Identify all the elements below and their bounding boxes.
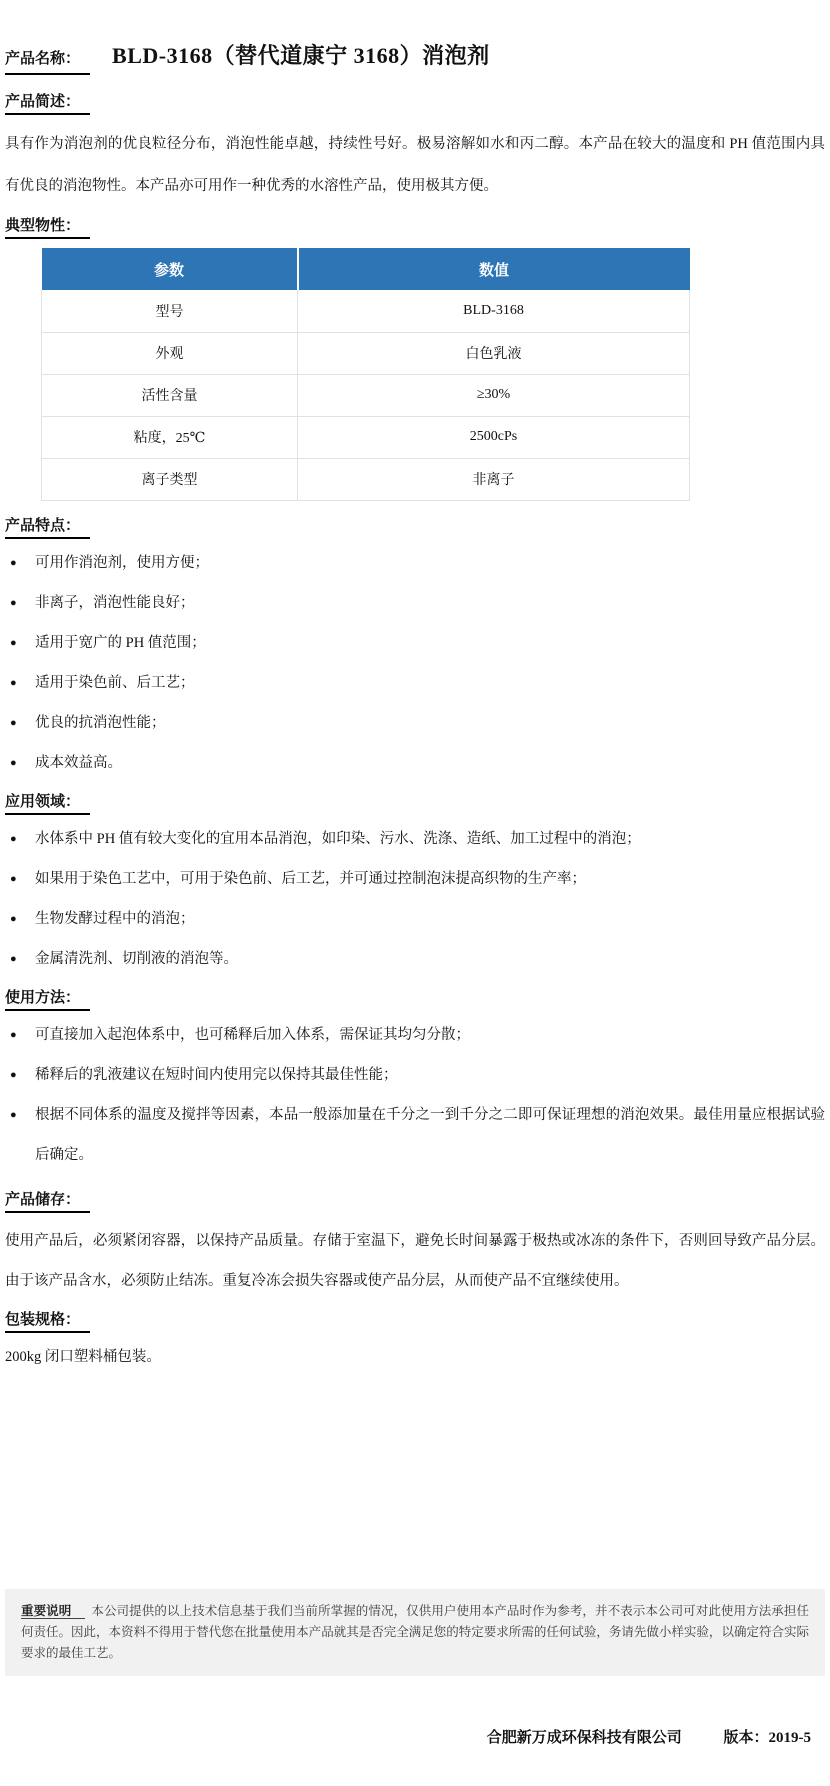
section-heading-storage: 产品储存： xyxy=(5,1189,90,1213)
title-row: 产品名称： BLD-3168（替代道康宁 3168）消泡剂 xyxy=(5,42,825,75)
table-cell-parameter: 粘度，25℃ xyxy=(42,416,298,458)
table-cell-value: 白色乳液 xyxy=(298,332,690,374)
section-heading-features: 产品特点： xyxy=(5,515,90,539)
list-item: ●根据不同体系的温度及搅拌等因素，本品一般添加量在千分之一到千分之二即可保证理想… xyxy=(5,1095,825,1175)
table-cell-value: 非离子 xyxy=(298,458,690,500)
list-item: ●稀释后的乳液建议在短时间内使用完以保持其最佳性能； xyxy=(5,1055,825,1095)
bullet-icon: ● xyxy=(10,899,17,939)
list-item: ●非离子，消泡性能良好； xyxy=(5,583,825,623)
list-item: ●生物发酵过程中的消泡； xyxy=(5,899,825,939)
datasheet-page: 产品名称： BLD-3168（替代道康宁 3168）消泡剂 产品简述： 具有作为… xyxy=(0,0,830,1786)
footer-version: 版本：2019-5 xyxy=(724,1730,812,1746)
notice-box: 重要说明本公司提供的以上技术信息基于我们当前所掌握的情况，仅供用户使用本产品时作… xyxy=(5,1589,825,1676)
list-item-text: 可直接加入起泡体系中，也可稀释后加入体系，需保证其均匀分散； xyxy=(35,1027,470,1043)
list-item: ●可用作消泡剂，使用方便； xyxy=(5,543,825,583)
bullet-icon: ● xyxy=(10,859,17,899)
section-heading-overview: 产品简述： xyxy=(5,91,90,115)
bullet-icon: ● xyxy=(10,1095,17,1135)
list-item: ●优良的抗消泡性能； xyxy=(5,703,825,743)
list-item-text: 根据不同体系的温度及搅拌等因素，本品一般添加量在千分之一到千分之二即可保证理想的… xyxy=(35,1107,825,1163)
list-item-text: 适用于宽广的 PH 值范围； xyxy=(35,635,206,651)
list-item-text: 可用作消泡剂，使用方便； xyxy=(35,555,209,571)
bullet-icon: ● xyxy=(10,1015,17,1055)
bullet-icon: ● xyxy=(10,663,17,703)
list-item: ●成本效益高。 xyxy=(5,743,825,783)
list-item: ●如果用于染色工艺中，可用于染色前、后工艺，并可通过控制泡沫提高织物的生产率； xyxy=(5,859,825,899)
table-row: 型号 BLD-3168 xyxy=(42,290,690,332)
bullet-icon: ● xyxy=(10,939,17,979)
table-row: 外观 白色乳液 xyxy=(42,332,690,374)
table-header-value: 数值 xyxy=(298,248,690,290)
section-heading-properties: 典型物性： xyxy=(5,215,90,239)
list-item-text: 水体系中 PH 值有较大变化的宜用本品消泡，如印染、污水、洗涤、造纸、加工过程中… xyxy=(35,831,641,847)
bullet-icon: ● xyxy=(10,1055,17,1095)
table-row: 粘度，25℃ 2500cPs xyxy=(42,416,690,458)
section-heading-packaging: 包装规格： xyxy=(5,1309,90,1333)
table-cell-parameter: 型号 xyxy=(42,290,298,332)
list-item: ●金属清洗剂、切削液的消泡等。 xyxy=(5,939,825,979)
applications-list: ●水体系中 PH 值有较大变化的宜用本品消泡，如印染、污水、洗涤、造纸、加工过程… xyxy=(5,819,825,979)
list-item-text: 非离子，消泡性能良好； xyxy=(35,595,195,611)
list-item-text: 稀释后的乳液建议在短时间内使用完以保持其最佳性能； xyxy=(35,1067,398,1083)
bullet-icon: ● xyxy=(10,583,17,623)
list-item-text: 优良的抗消泡性能； xyxy=(35,715,166,731)
features-list: ●可用作消泡剂，使用方便； ●非离子，消泡性能良好； ●适用于宽广的 PH 值范… xyxy=(5,543,825,783)
table-row: 离子类型 非离子 xyxy=(42,458,690,500)
notice-label: 重要说明 xyxy=(21,1604,85,1619)
page-title: BLD-3168（替代道康宁 3168）消泡剂 xyxy=(112,43,490,68)
bullet-icon: ● xyxy=(10,703,17,743)
usage-list: ●可直接加入起泡体系中，也可稀释后加入体系，需保证其均匀分散； ●稀释后的乳液建… xyxy=(5,1015,825,1175)
section-heading-applications: 应用领域： xyxy=(5,791,90,815)
properties-table: 参数 数值 型号 BLD-3168 外观 白色乳液 活性含量 ≥30% 粘度，2… xyxy=(41,248,690,501)
storage-paragraph: 使用产品后，必须紧闭容器，以保持产品质量。存储于室温下，避免长时间暴露于极热或冰… xyxy=(5,1221,825,1301)
table-header-row: 参数 数值 xyxy=(42,248,690,290)
table-cell-value: ≥30% xyxy=(298,374,690,416)
list-item-text: 成本效益高。 xyxy=(35,755,122,771)
table-cell-parameter: 离子类型 xyxy=(42,458,298,500)
table-cell-value: BLD-3168 xyxy=(298,290,690,332)
list-item: ●可直接加入起泡体系中，也可稀释后加入体系，需保证其均匀分散； xyxy=(5,1015,825,1055)
bullet-icon: ● xyxy=(10,819,17,859)
list-item: ●适用于染色前、后工艺； xyxy=(5,663,825,703)
table-cell-parameter: 外观 xyxy=(42,332,298,374)
table-cell-parameter: 活性含量 xyxy=(42,374,298,416)
packaging-paragraph: 200kg 闭口塑料桶包装。 xyxy=(5,1343,825,1371)
list-item-text: 如果用于染色工艺中，可用于染色前、后工艺，并可通过控制泡沫提高织物的生产率； xyxy=(35,871,586,887)
table-row: 活性含量 ≥30% xyxy=(42,374,690,416)
notice-text: 本公司提供的以上技术信息基于我们当前所掌握的情况，仅供用户使用本产品时作为参考，… xyxy=(21,1604,809,1660)
list-item-text: 适用于染色前、后工艺； xyxy=(35,675,195,691)
footer-company: 合肥新万成环保科技有限公司 xyxy=(487,1730,682,1746)
product-name-label: 产品名称： xyxy=(5,45,90,75)
list-item-text: 生物发酵过程中的消泡； xyxy=(35,911,195,927)
overview-paragraph: 具有作为消泡剂的优良粒径分布，消泡性能卓越，持续性号好。极易溶解如水和丙二醇。本… xyxy=(5,123,825,207)
footer: 合肥新万成环保科技有限公司 版本：2019-5 xyxy=(5,1724,825,1752)
bullet-icon: ● xyxy=(10,743,17,783)
list-item: ●适用于宽广的 PH 值范围； xyxy=(5,623,825,663)
list-item: ●水体系中 PH 值有较大变化的宜用本品消泡，如印染、污水、洗涤、造纸、加工过程… xyxy=(5,819,825,859)
section-heading-usage: 使用方法： xyxy=(5,987,90,1011)
table-header-parameter: 参数 xyxy=(42,248,298,290)
table-cell-value: 2500cPs xyxy=(298,416,690,458)
list-item-text: 金属清洗剂、切削液的消泡等。 xyxy=(35,951,238,967)
bullet-icon: ● xyxy=(10,623,17,663)
bullet-icon: ● xyxy=(10,543,17,583)
